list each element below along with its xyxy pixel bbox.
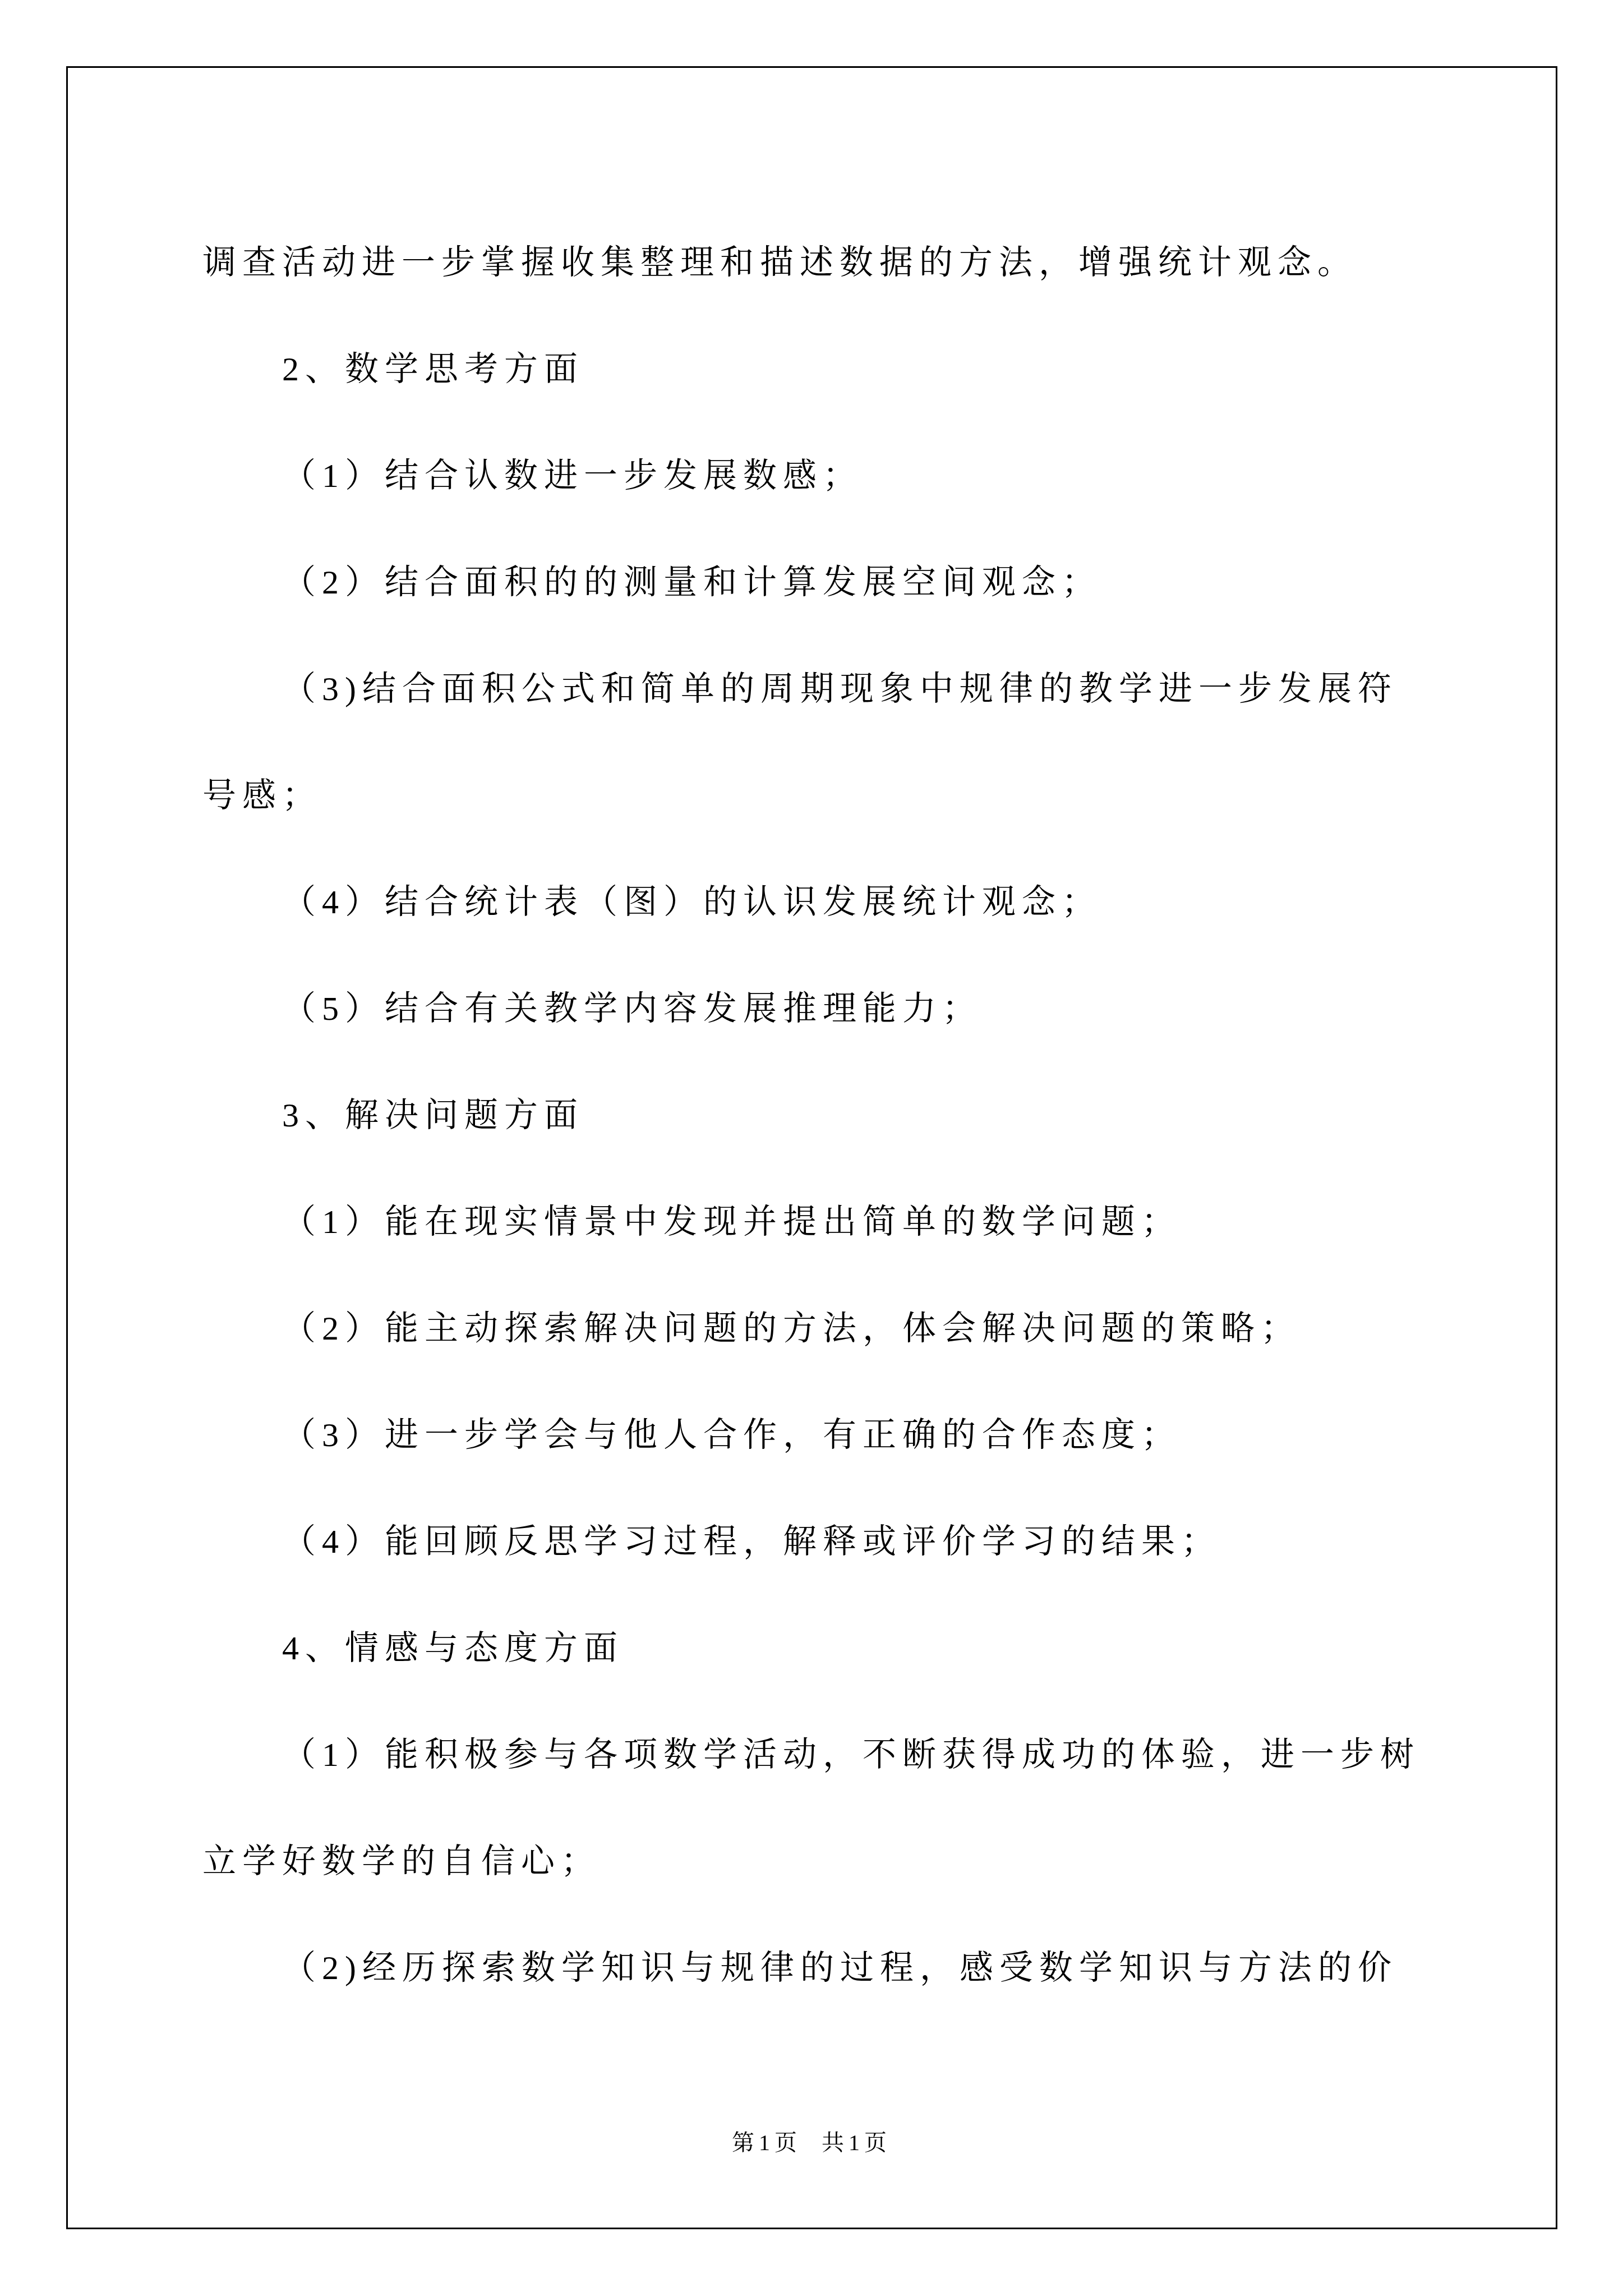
text-line: （2）结合面积的的测量和计算发展空间观念； [202, 526, 1436, 633]
text-line: 号感； [202, 739, 1436, 846]
text-line: （4）能回顾反思学习过程，解释或评价学习的结果； [202, 1485, 1436, 1592]
text-line: （4）结合统计表（图）的认识发展统计观念； [202, 846, 1436, 953]
document-body: 调查活动进一步掌握收集整理和描述数据的方法，增强统计观念。2、数学思考方面（1）… [202, 206, 1436, 2018]
text-line: 立学好数学的自信心； [202, 1805, 1436, 1912]
text-line: 2、数学思考方面 [202, 313, 1436, 420]
text-line: （5）结合有关教学内容发展推理能力； [202, 953, 1436, 1059]
text-line: （2）能主动探索解决问题的方法，体会解决问题的策略； [202, 1272, 1436, 1379]
page-footer: 第1页 共1页 [0, 2125, 1623, 2157]
text-line: （1）能积极参与各项数学活动，不断获得成功的体验，进一步树 [202, 1699, 1436, 1805]
text-line: 调查活动进一步掌握收集整理和描述数据的方法，增强统计观念。 [202, 206, 1436, 313]
document-page: 调查活动进一步掌握收集整理和描述数据的方法，增强统计观念。2、数学思考方面（1）… [0, 0, 1623, 2296]
text-line: 4、情感与态度方面 [202, 1592, 1436, 1699]
text-line: （3）进一步学会与他人合作，有正确的合作态度； [202, 1379, 1436, 1485]
text-line: （2)经历探索数学知识与规律的过程，感受数学知识与方法的价 [202, 1912, 1436, 2018]
text-line: （3)结合面积公式和简单的周期现象中规律的教学进一步发展符 [202, 633, 1436, 739]
text-line: （1）能在现实情景中发现并提出简单的数学问题； [202, 1166, 1436, 1272]
text-line: （1）结合认数进一步发展数感； [202, 420, 1436, 526]
text-line: 3、解决问题方面 [202, 1059, 1436, 1166]
